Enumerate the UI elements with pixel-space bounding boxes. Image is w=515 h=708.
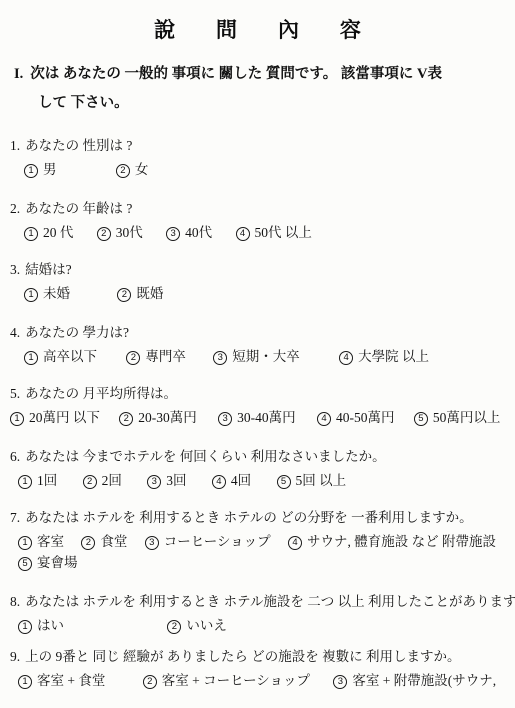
question-text: あなたは ホテルを 利用するとき ホテルの どの分野を 一番利用しますか。 <box>25 510 473 525</box>
option-label: 大學院 以上 <box>358 349 429 364</box>
option-label: 3回 <box>166 473 186 488</box>
circled-number: 5 <box>277 475 291 489</box>
option-label: 短期・大卒 <box>232 349 300 364</box>
question-text: あなたの 性別は ? <box>25 138 132 153</box>
option: 340代 <box>166 225 212 241</box>
question-text: 上の 9番と 同じ 經驗が ありましたら どの施設を 複數に 利用しますか。 <box>25 649 460 664</box>
option-label: 20-30萬円 <box>138 410 197 425</box>
question-2-text: 2.あなたの 年齡は ? <box>10 201 511 217</box>
question-3-options: 1未婚 2既婚 <box>10 286 511 302</box>
question-text: あなたの 年齡は ? <box>25 201 132 216</box>
circled-number: 2 <box>126 351 140 365</box>
question-7-options-row-1: 1客室 2食堂 3コーヒーショップ 4サウナ, 體育施設 など 附帶施設 <box>10 534 511 550</box>
circled-number: 3 <box>166 227 180 241</box>
circled-number: 1 <box>24 227 38 241</box>
option: 1客室 + 食堂 <box>18 673 105 689</box>
option: 2專門卒 <box>126 349 186 365</box>
question-text: 結婚は? <box>25 262 72 277</box>
intro-text-1: 次は あなたの 一般的 事項に 關した 質問です。 該當事項に V表 <box>30 66 442 82</box>
option-label: 男 <box>43 162 57 177</box>
question-8: 8.あなたは ホテルを 利用するとき ホテル施設を 二つ 以上 利用したことがあ… <box>10 594 511 634</box>
intro-text-2: して 下さい。 <box>14 95 507 112</box>
circled-number: 4 <box>212 475 226 489</box>
question-2: 2.あなたの 年齡は ? 120 代 230代 340代 450代 以上 <box>10 201 511 241</box>
option-label: 食堂 <box>100 534 127 549</box>
question-text: あなたの 月平均所得は。 <box>25 386 177 401</box>
circled-number: 5 <box>18 557 32 571</box>
question-text: あなたは 今までホテルを 何回くらい 利用なさいましたか。 <box>25 449 385 464</box>
question-3-text: 3.結婚は? <box>10 262 511 278</box>
circled-number: 4 <box>317 412 331 426</box>
question-3: 3.結婚は? 1未婚 2既婚 <box>10 262 511 302</box>
circled-number: 4 <box>236 227 250 241</box>
option-label: 宴會場 <box>37 555 78 570</box>
option: 2既婚 <box>117 286 163 302</box>
circled-number: 4 <box>339 351 353 365</box>
question-2-options: 120 代 230代 340代 450代 以上 <box>10 225 511 241</box>
question-number: 9. <box>10 649 20 664</box>
question-number: 7. <box>10 510 20 525</box>
question-4-text: 4.あなたの 學力は? <box>10 325 511 341</box>
option-label: 客室 + コーヒーショップ <box>162 673 310 688</box>
option: 1未婚 <box>24 286 70 302</box>
question-5-text: 5.あなたの 月平均所得は。 <box>10 386 511 402</box>
circled-number: 2 <box>83 475 97 489</box>
option: 3短期・大卒 <box>213 349 300 365</box>
questionnaire-page: 說 問 內 容 I.次は あなたの 一般的 事項に 關した 質問です。 該當事項… <box>0 0 515 708</box>
option-label: 2回 <box>102 473 122 488</box>
option-label: 30代 <box>116 225 143 240</box>
circled-number: 1 <box>18 536 32 550</box>
question-8-text: 8.あなたは ホテルを 利用するとき ホテル施設を 二つ 以上 利用したことがあ… <box>10 594 511 610</box>
option-label: 客室 + 食堂 <box>37 673 105 688</box>
question-number: 3. <box>10 262 20 277</box>
circled-number: 2 <box>117 288 131 302</box>
option-label: 4回 <box>231 473 251 488</box>
question-number: 4. <box>10 325 20 340</box>
option: 1高卒以下 <box>24 349 97 365</box>
option-label: 未婚 <box>43 286 70 301</box>
option: 1はい <box>18 618 64 634</box>
option: 120 代 <box>24 225 73 241</box>
option: 230代 <box>97 225 143 241</box>
option-label: 客室 <box>37 534 64 549</box>
question-9: 9.上の 9番と 同じ 經驗が ありましたら どの施設を 複數に 利用しますか。… <box>10 649 511 689</box>
option: 4大學院 以上 <box>339 349 429 365</box>
option: 2客室 + コーヒーショップ <box>143 673 310 689</box>
circled-number: 2 <box>143 675 157 689</box>
question-4-options: 1高卒以下 2專門卒 3短期・大卒 4大學院 以上 <box>10 349 511 365</box>
intro-line-1: I.次は あなたの 一般的 事項に 關した 質問です。 該當事項に V表 <box>14 66 507 83</box>
option: 33回 <box>147 473 186 489</box>
option: 440-50萬円 <box>317 410 395 426</box>
option-label: 高卒以下 <box>43 349 97 364</box>
question-number: 8. <box>10 594 20 609</box>
question-number: 1. <box>10 138 20 153</box>
option: 1客室 <box>18 534 64 550</box>
option-label: 女 <box>135 162 149 177</box>
circled-number: 4 <box>288 536 302 550</box>
circled-number: 3 <box>145 536 159 550</box>
option-label: 20 代 <box>43 225 73 240</box>
question-6-options: 11回 22回 33回 44回 55回 以上 <box>10 473 511 489</box>
option: 330-40萬円 <box>218 410 296 426</box>
circled-number: 5 <box>414 412 428 426</box>
question-6: 6.あなたは 今までホテルを 何回くらい 利用なさいましたか。 11回 22回 … <box>10 449 511 489</box>
question-7-text: 7.あなたは ホテルを 利用するとき ホテルの どの分野を 一番利用しますか。 <box>10 510 511 526</box>
question-4: 4.あなたの 學力は? 1高卒以下 2專門卒 3短期・大卒 4大學院 以上 <box>10 325 511 365</box>
option-label: 20萬円 以下 <box>29 410 100 425</box>
option-label: はい <box>37 618 64 633</box>
option-label: 40代 <box>185 225 212 240</box>
option-label: コーヒーショップ <box>164 534 271 549</box>
question-8-options: 1はい 2いいえ <box>10 618 511 634</box>
option: 450代 以上 <box>236 225 312 241</box>
option-label: 30-40萬円 <box>237 410 296 425</box>
option: 3コーヒーショップ <box>145 534 271 550</box>
option: 3客室 + 附帶施設(サウナ, <box>333 673 496 689</box>
option-label: 專門卒 <box>145 349 186 364</box>
circled-number: 1 <box>18 620 32 634</box>
question-text: あなたの 學力は? <box>25 325 129 340</box>
circled-number: 1 <box>18 675 32 689</box>
option-label: サウナ, 體育施設 など 附帶施設 <box>307 534 496 549</box>
option-label: いいえ <box>186 618 227 633</box>
question-7: 7.あなたは ホテルを 利用するとき ホテルの どの分野を 一番利用しますか。 … <box>10 510 511 571</box>
page-title: 說 問 內 容 <box>0 14 515 44</box>
question-1-options: 1男 2女 <box>10 162 511 178</box>
question-1-text: 1.あなたの 性別は ? <box>10 138 511 154</box>
question-5-options: 120萬円 以下 220-30萬円 330-40萬円 440-50萬円 550萬… <box>10 410 511 426</box>
question-9-options: 1客室 + 食堂 2客室 + コーヒーショップ 3客室 + 附帶施設(サウナ, <box>10 673 511 689</box>
option-label: 1回 <box>37 473 57 488</box>
question-9-text: 9.上の 9番と 同じ 經驗が ありましたら どの施設を 複數に 利用しますか。 <box>10 649 511 665</box>
circled-number: 2 <box>97 227 111 241</box>
option: 4サウナ, 體育施設 など 附帶施設 <box>288 534 496 550</box>
circled-number: 2 <box>116 164 130 178</box>
option: 44回 <box>212 473 251 489</box>
option-label: 客室 + 附帶施設(サウナ, <box>352 673 496 688</box>
question-number: 5. <box>10 386 20 401</box>
option: 55回 以上 <box>277 473 347 489</box>
question-5: 5.あなたの 月平均所得は。 120萬円 以下 220-30萬円 330-40萬… <box>10 386 511 426</box>
circled-number: 2 <box>81 536 95 550</box>
section-numeral: I. <box>14 66 23 82</box>
question-7-options-row-2: 5宴會場 <box>10 555 511 571</box>
circled-number: 3 <box>333 675 347 689</box>
option: 120萬円 以下 <box>10 410 100 426</box>
circled-number: 1 <box>18 475 32 489</box>
option: 220-30萬円 <box>119 410 197 426</box>
circled-number: 2 <box>119 412 133 426</box>
option: 2食堂 <box>81 534 127 550</box>
option-label: 5回 以上 <box>296 473 347 488</box>
circled-number: 1 <box>24 351 38 365</box>
circled-number: 1 <box>24 288 38 302</box>
option-label: 40-50萬円 <box>336 410 395 425</box>
option-label: 既婚 <box>136 286 163 301</box>
circled-number: 3 <box>213 351 227 365</box>
question-text: あなたは ホテルを 利用するとき ホテル施設を 二つ 以上 利用したことがありま… <box>25 594 515 609</box>
option: 5宴會場 <box>18 555 78 571</box>
question-number: 6. <box>10 449 20 464</box>
circled-number: 3 <box>147 475 161 489</box>
option: 550萬円以上 <box>414 410 501 426</box>
circled-number: 1 <box>24 164 38 178</box>
question-6-text: 6.あなたは 今までホテルを 何回くらい 利用なさいましたか。 <box>10 449 511 465</box>
question-1: 1.あなたの 性別は ? 1男 2女 <box>10 138 511 178</box>
option: 2女 <box>116 162 149 178</box>
option: 1男 <box>24 162 57 178</box>
circled-number: 1 <box>10 412 24 426</box>
option-label: 50萬円以上 <box>433 410 501 425</box>
option: 11回 <box>18 473 57 489</box>
option: 2いいえ <box>167 618 227 634</box>
intro-paragraph: I.次は あなたの 一般的 事項に 關した 質問です。 該當事項に V表 して … <box>14 66 507 112</box>
circled-number: 2 <box>167 620 181 634</box>
option: 22回 <box>83 473 122 489</box>
circled-number: 3 <box>218 412 232 426</box>
option-label: 50代 以上 <box>255 225 312 240</box>
question-number: 2. <box>10 201 20 216</box>
